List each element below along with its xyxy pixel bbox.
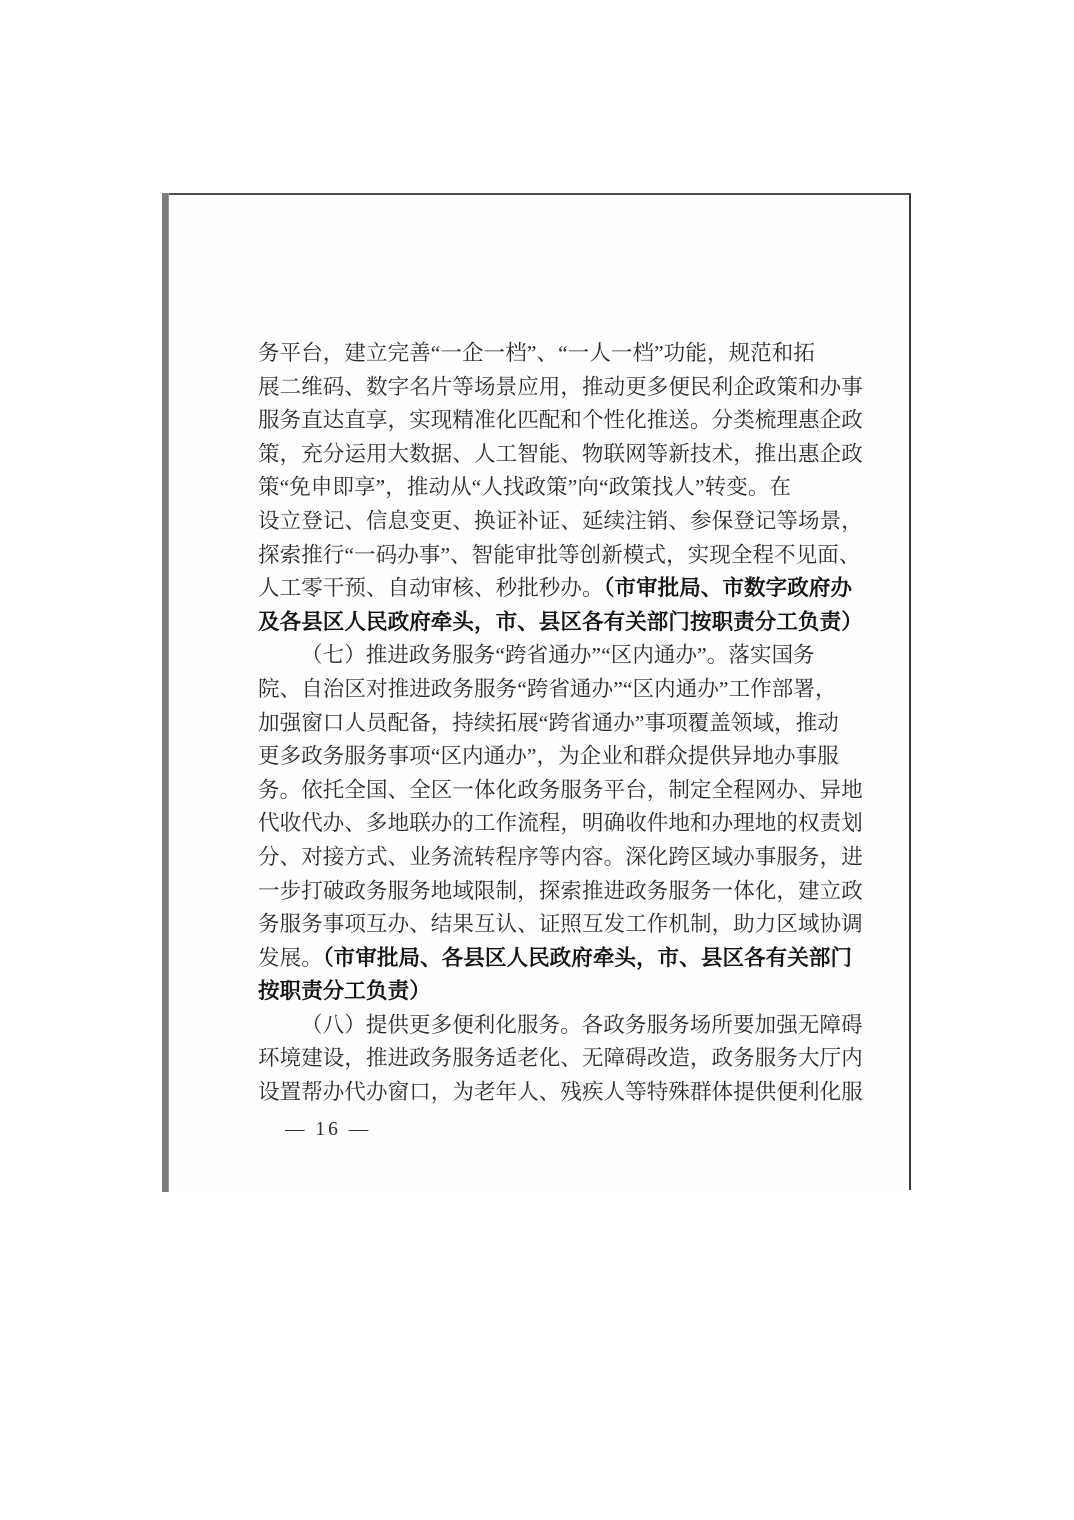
text-line: 务平台，建立完善“一企一档”、“一人一档”功能，规范和拓 [258,337,868,371]
text-line: 探索推行“一码办事”、智能审批等创新模式，实现全程不见面、 [258,539,868,573]
text-line: 环境建设，推进政务服务适老化、无障碍改造，政务服务大厅内 [258,1042,868,1076]
body-text-segment: 更多政务服务事项“区内通办”，为企业和群众提供异地办事服 [258,744,839,768]
text-line: 务。依托全国、全区一体化政务服务平台，制定全程网办、异地 [258,774,868,808]
text-line: 更多政务服务事项“区内通办”，为企业和群众提供异地办事服 [258,740,868,774]
body-text-segment: （七）推进政务服务“跨省通办”“区内通办”。落实国务 [301,643,815,667]
body-text-segment: 务服务事项互办、结果互认、证照互发工作机制，助力区域协调 [258,912,863,936]
body-text-segment: 设立登记、信息变更、换证补证、延续注销、参保登记等场景， [258,509,863,533]
responsibility-note-bold: （市审批局、市数字政府办 [604,576,852,600]
text-line: 发展。（市审批局、各县区人民政府牵头，市、县区各有关部门 [258,942,868,976]
body-text-segment: 服务直达直享，实现精准化匹配和个性化推送。分类梳理惠企政 [258,408,863,432]
page-number: — 16 — [285,1118,371,1142]
text-line: 策，充分运用大数据、人工智能、物联网等新技术，推出惠企政 [258,438,868,472]
body-text-segment: 人工零干预、自动审核、秒批秒办。 [258,576,604,600]
text-line: 按职责分工负责） [258,975,868,1009]
responsibility-note-bold: （市审批局、各县区人民政府牵头，市、县区各有关部门 [323,946,852,970]
text-line: 一步打破政务服务地域限制，探索推进政务服务一体化，建立政 [258,875,868,909]
text-line: 加强窗口人员配备，持续拓展“跨省通办”事项覆盖领域，推动 [258,707,868,741]
body-text-segment: 环境建设，推进政务服务适老化、无障碍改造，政务服务大厅内 [258,1046,863,1070]
responsibility-note-bold: 按职责分工负责） [258,979,431,1003]
body-text-segment: 设置帮办代办窗口，为老年人、残疾人等特殊群体提供便利化服 [258,1080,863,1104]
body-text-segment: 展二维码、数字名片等场景应用，推动更多便民利企政策和办事 [258,375,863,399]
text-line: 务服务事项互办、结果互认、证照互发工作机制，助力区域协调 [258,908,868,942]
document-viewer: 务平台，建立完善“一企一档”、“一人一档”功能，规范和拓展二维码、数字名片等场景… [0,0,1074,1520]
text-line: 展二维码、数字名片等场景应用，推动更多便民利企政策和办事 [258,371,868,405]
body-text-segment: 探索推行“一码办事”、智能审批等创新模式，实现全程不见面、 [258,543,861,567]
body-text-segment: 务平台，建立完善“一企一档”、“一人一档”功能，规范和拓 [258,341,815,365]
text-line: 及各县区人民政府牵头，市、县区各有关部门按职责分工负责） [258,606,868,640]
document-body: 务平台，建立完善“一企一档”、“一人一档”功能，规范和拓展二维码、数字名片等场景… [258,337,868,1110]
body-text-segment: 加强窗口人员配备，持续拓展“跨省通办”事项覆盖领域，推动 [258,711,839,735]
text-line: 人工零干预、自动审核、秒批秒办。（市审批局、市数字政府办 [258,572,868,606]
text-line: 服务直达直享，实现精准化匹配和个性化推送。分类梳理惠企政 [258,404,868,438]
text-line: 代收代办、多地联办的工作流程，明确收件地和办理地的权责划 [258,807,868,841]
body-text-segment: 一步打破政务服务地域限制，探索推进政务服务一体化，建立政 [258,879,863,903]
body-text-segment: 代收代办、多地联办的工作流程，明确收件地和办理地的权责划 [258,811,863,835]
text-line: 院、自治区对推进政务服务“跨省通办”“区内通办”工作部署， [258,673,868,707]
responsibility-note-bold: 及各县区人民政府牵头，市、县区各有关部门按职责分工负责） [258,610,863,634]
body-text-segment: 策“免申即享”，推动从“人找政策”向“政策找人”转变。在 [258,475,791,499]
text-line: （八）提供更多便利化服务。各政务服务场所要加强无障碍 [258,1009,868,1043]
body-text-segment: 务。依托全国、全区一体化政务服务平台，制定全程网办、异地 [258,778,863,802]
scanned-page: 务平台，建立完善“一企一档”、“一人一档”功能，规范和拓展二维码、数字名片等场景… [162,193,911,1190]
body-text-segment: （八）提供更多便利化服务。各政务服务场所要加强无障碍 [301,1013,863,1037]
body-text-segment: 发展。 [258,946,323,970]
text-line: 策“免申即享”，推动从“人找政策”向“政策找人”转变。在 [258,471,868,505]
text-line: 分、对接方式、业务流转程序等内容。深化跨区域办事服务，进 [258,841,868,875]
text-line: （七）推进政务服务“跨省通办”“区内通办”。落实国务 [258,639,868,673]
text-line: 设立登记、信息变更、换证补证、延续注销、参保登记等场景， [258,505,868,539]
body-text-segment: 分、对接方式、业务流转程序等内容。深化跨区域办事服务，进 [258,845,863,869]
text-line: 设置帮办代办窗口，为老年人、残疾人等特殊群体提供便利化服 [258,1076,868,1110]
body-text-segment: 院、自治区对推进政务服务“跨省通办”“区内通办”工作部署， [258,677,837,701]
page-left-edge-shadow [162,193,169,1192]
body-text-segment: 策，充分运用大数据、人工智能、物联网等新技术，推出惠企政 [258,442,863,466]
